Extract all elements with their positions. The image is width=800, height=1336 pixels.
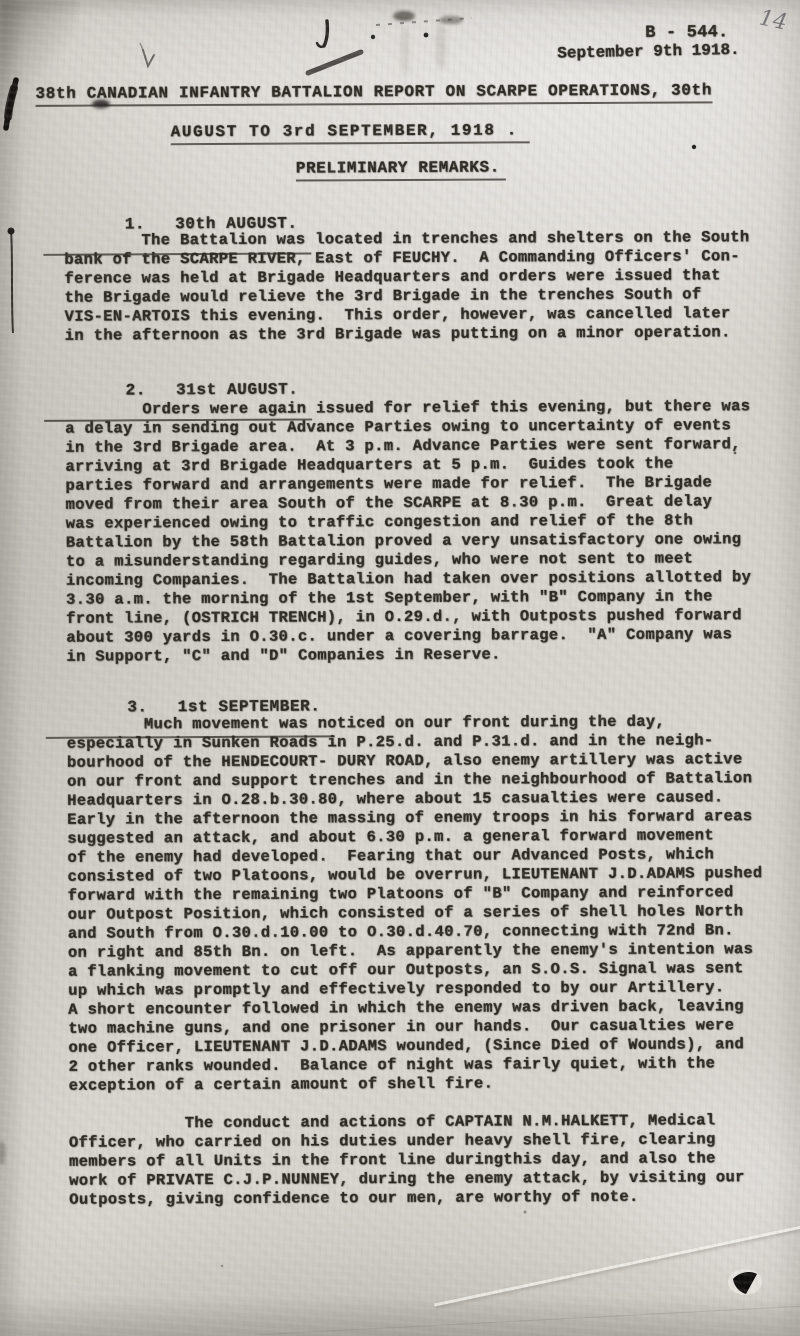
bottom-left-edge-smudge [0, 1141, 6, 1165]
report-content: B - 544. September 9th 1918. 14 38th CAN… [0, 0, 800, 1336]
section-title: 1st SEPTEMBER. [178, 697, 321, 716]
section-number: 2. [126, 381, 147, 399]
section-body: Much movement was noticed on our front d… [67, 712, 790, 1210]
section-number: 3. [127, 698, 148, 716]
section-title: 31st AUGUST. [176, 381, 299, 400]
section-31st-august: 2.31st AUGUST. Orders were again issued … [0, 0, 800, 2]
reference-number: B - 544. [645, 23, 728, 42]
section-body: The Battalion was located in trenches an… [64, 228, 785, 346]
document-page: B - 544. September 9th 1918. 14 38th CAN… [0, 0, 800, 1336]
report-title: 38th CANADIAN INFANTRY BATTALION REPORT … [35, 81, 712, 107]
report-subtitle: AUGUST TO 3rd SEPTEMBER, 1918 . [171, 121, 530, 145]
section-1st-september: 3.1st SEPTEMBER. Much movement was notic… [0, 0, 800, 2]
section-30th-august: 1.30th AUGUST. The Battalion was located… [0, 0, 800, 2]
preliminary-remarks-heading: PRELIMINARY REMARKS. [296, 158, 506, 181]
section-body: Orders were again issued for relief this… [65, 397, 786, 667]
handwritten-page-number: 14 [757, 5, 789, 35]
report-date: September 9th 1918. [557, 41, 740, 63]
